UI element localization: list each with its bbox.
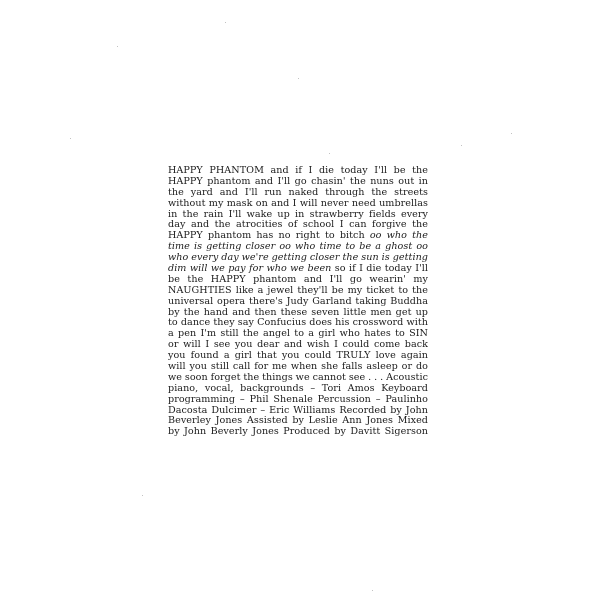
scan-speck <box>511 133 512 134</box>
italic-text-run: dim will we pay for who we been <box>168 263 331 274</box>
text-run: a pen I'm still the angel to a girl who … <box>168 328 428 339</box>
text-run: without my mask on and I will never need… <box>168 198 428 209</box>
text-run: be the HAPPY phantom and I'll go wearin'… <box>168 274 428 285</box>
scan-speck <box>117 46 118 47</box>
text-run: or will I see you dear and wish I could … <box>168 339 428 350</box>
scan-speck <box>329 153 330 154</box>
text-run: by John Beverly Jones Produced by Davitt… <box>168 426 428 437</box>
text-run: piano, vocal, backgrounds – Tori Amos Ke… <box>168 383 428 394</box>
text-run: HAPPY phantom has no right to bitch <box>168 230 370 241</box>
text-run: so if I die today I'll <box>331 263 428 274</box>
scan-speck <box>372 590 373 591</box>
text-run: the yard and I'll run naked through the … <box>168 187 428 198</box>
text-run: you found a girl that you could TRULY lo… <box>168 350 428 361</box>
text-run: will you still call for me when she fall… <box>168 361 428 372</box>
scan-speck <box>142 495 143 496</box>
text-run: universal opera there's Judy Garland tak… <box>168 296 428 307</box>
text-run: HAPPY PHANTOM and if I die today I'll be… <box>168 165 428 176</box>
text-line: by John Beverly Jones Produced by Davitt… <box>168 427 428 438</box>
text-run: Beverley Jones Assisted by Leslie Ann Jo… <box>168 415 428 426</box>
italic-text-run: who every day we're getting closer the s… <box>168 252 428 263</box>
text-run: in the rain I'll wake up in strawberry f… <box>168 209 428 220</box>
text-run: Dacosta Dulcimer – Eric Williams Recorde… <box>168 405 428 416</box>
liner-notes-page: HAPPY PHANTOM and if I die today I'll be… <box>0 0 600 608</box>
italic-text-run: oo who the <box>370 230 428 241</box>
text-run: by the hand and then these seven little … <box>168 307 428 318</box>
lyrics-text-block: HAPPY PHANTOM and if I die today I'll be… <box>168 166 428 438</box>
text-run: day and the atrocities of school I can f… <box>168 219 428 230</box>
italic-text-run: time is getting closer oo who time to be… <box>168 241 428 252</box>
text-run: to dance they say Confucius does his cro… <box>168 317 428 328</box>
scan-speck <box>298 78 299 79</box>
text-run: programming – Phil Shenale Percussion – … <box>168 394 428 405</box>
scan-speck <box>70 138 71 139</box>
text-run: HAPPY phantom and I'll go chasin' the nu… <box>168 176 428 187</box>
scan-speck <box>225 22 226 23</box>
scan-speck <box>461 145 462 146</box>
text-run: we soon forget the things we cannot see … <box>168 372 428 383</box>
text-run: NAUGHTIES like a jewel they'll be my tic… <box>168 285 428 296</box>
